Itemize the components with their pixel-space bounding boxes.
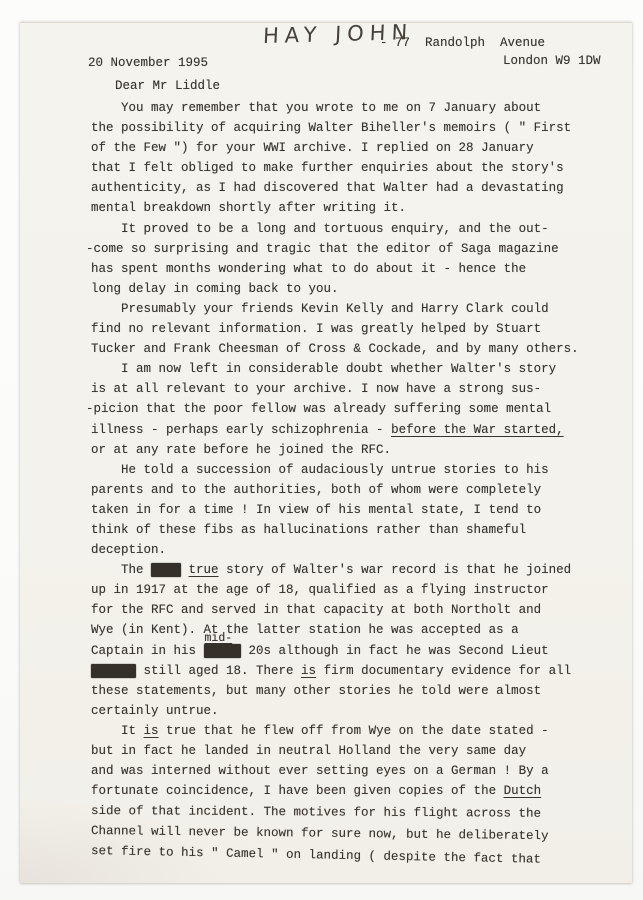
typed-text: authenticity, as I had discovered that W… — [91, 181, 564, 195]
typed-text: set fire to his " Camel " on landing ( d… — [91, 844, 541, 867]
typed-text: Presumably your friends Kevin Kelly and … — [91, 302, 549, 316]
typed-text: It — [91, 724, 144, 738]
letter-line: find no relevant information. I was grea… — [91, 319, 611, 339]
typed-text: -picion that the poor fellow was already… — [86, 402, 551, 416]
typed-text: Tucker and Frank Cheesman of Cross & Coc… — [91, 342, 579, 356]
underlined-text: is — [301, 664, 316, 678]
typed-text: that I felt obliged to make further enqu… — [91, 161, 564, 175]
typed-text: but in fact he landed in neutral Holland… — [91, 744, 526, 758]
typed-text: for the RFC and served in that capacity … — [91, 603, 541, 617]
typed-text: 20s although in fact he was Second Lieut — [241, 644, 549, 658]
letter-line: certainly untrue. — [91, 701, 611, 721]
letter-line: mental breakdown shortly after writing i… — [91, 198, 611, 218]
letter-line: that I felt obliged to make further enqu… — [91, 158, 611, 178]
typed-text: certainly untrue. — [91, 704, 219, 718]
typed-text: parents and to the authorities, both of … — [91, 483, 541, 497]
salutation: Dear Mr Liddle — [115, 79, 220, 93]
letter-line: parents and to the authorities, both of … — [91, 480, 611, 500]
letter-line: He told a succession of audaciously untr… — [91, 460, 611, 480]
typed-text: side of that incident. The motives for h… — [91, 804, 541, 821]
letter-line: Tucker and Frank Cheesman of Cross & Coc… — [91, 339, 611, 359]
letter-line: up in 1917 at the age of 18, qualified a… — [91, 580, 611, 600]
typed-text: firm documentary evidence for all — [316, 664, 571, 678]
underlined-text: is — [144, 724, 159, 738]
letter-line: Captain in his mid-xxxxx 20s although in… — [91, 641, 611, 661]
letter-line: deception. — [91, 540, 611, 560]
typed-text: -come so surprising and tragic that the … — [86, 242, 559, 256]
typed-text: is at all relevant to your archive. I no… — [91, 382, 541, 396]
letter-line: authenticity, as I had discovered that W… — [91, 178, 611, 198]
letter-line: -picion that the poor fellow was already… — [86, 399, 611, 419]
typed-text: and was interned without ever setting ey… — [91, 764, 549, 778]
letter-line: of the Few ") for your WWI archive. I re… — [91, 138, 611, 158]
typed-text: think of these fibs as hallucinations ra… — [91, 523, 526, 537]
typed-text: or at any rate before he joined the RFC. — [91, 443, 391, 457]
letter-line: xxxxxx still aged 18. There is firm docu… — [91, 661, 611, 681]
underlined-text: true — [189, 563, 219, 577]
letter-body: You may remember that you wrote to me on… — [91, 98, 611, 862]
typed-text: up in 1917 at the age of 18, qualified a… — [91, 583, 549, 597]
typed-text: the possibility of acquiring Walter Bihe… — [91, 121, 571, 135]
letter-line: fortunate coincidence, I have been given… — [91, 781, 611, 801]
letter-line: think of these fibs as hallucinations ra… — [91, 520, 611, 540]
typed-text: still aged 18. There — [136, 664, 301, 678]
sender-address-line1: - 77 Randolph Avenue — [380, 36, 545, 50]
letter-date: 20 November 1995 — [88, 56, 208, 70]
letter-line: It proved to be a long and tortuous enqu… — [91, 219, 611, 239]
letter-line: taken in for a time ! In view of his men… — [91, 500, 611, 520]
typed-text: of the Few ") for your WWI archive. I re… — [91, 141, 534, 155]
typed-text: I am now left in considerable doubt whet… — [91, 362, 556, 376]
typed-text: The — [91, 563, 151, 577]
letter-line: illness - perhaps early schizophrenia - … — [91, 420, 611, 440]
letter-line: for the RFC and served in that capacity … — [91, 600, 611, 620]
letter-line: It is true that he flew off from Wye on … — [91, 721, 611, 741]
sender-address-line2: London W9 1DW — [503, 54, 601, 68]
typed-correction: mid-xxxxx — [204, 641, 242, 661]
letter-line: the possibility of acquiring Walter Bihe… — [91, 118, 611, 138]
typed-text: has spent months wondering what to do ab… — [91, 262, 526, 276]
letter-line: has spent months wondering what to do ab… — [91, 259, 611, 279]
typed-text: long delay in coming back to you. — [91, 282, 339, 296]
typed-text: story of Walter's war record is that he … — [219, 563, 572, 577]
letter-line: or at any rate before he joined the RFC. — [91, 440, 611, 460]
typed-text: find no relevant information. I was grea… — [91, 322, 541, 336]
letter-line: The xxxx true story of Walter's war reco… — [91, 560, 611, 580]
typed-text: You may remember that you wrote to me on… — [91, 101, 541, 115]
typed-text: illness - perhaps early schizophrenia - — [91, 423, 391, 437]
typed-text: these statements, but many other stories… — [91, 684, 541, 698]
scan-background: HAY JOHN - 77 Randolph Avenue London W9 … — [0, 0, 643, 900]
typed-text: He told a succession of audaciously untr… — [91, 463, 549, 477]
typed-text: mental breakdown shortly after writing i… — [91, 201, 406, 215]
inserted-word-above: mid- — [205, 629, 233, 649]
letter-line: Wye (in Kent). At the latter station he … — [91, 620, 611, 640]
letter-line: -come so surprising and tragic that the … — [86, 239, 611, 259]
letter-line: I am now left in considerable doubt whet… — [91, 359, 611, 379]
typed-text: fortunate coincidence, I have been given… — [91, 784, 504, 798]
letter-line: You may remember that you wrote to me on… — [91, 98, 611, 118]
underlined-text: Dutch — [504, 784, 542, 798]
typed-text: taken in for a time ! In view of his men… — [91, 503, 541, 517]
typed-text: true that he flew off from Wye on the da… — [159, 724, 549, 738]
letter-line: Presumably your friends Kevin Kelly and … — [91, 299, 611, 319]
struck-out-word: xxxx — [151, 563, 181, 577]
letter-line: but in fact he landed in neutral Holland… — [91, 741, 611, 761]
letter-line: long delay in coming back to you. — [91, 279, 611, 299]
typed-text: Channel will never be known for sure now… — [91, 824, 549, 843]
letter-page: HAY JOHN - 77 Randolph Avenue London W9 … — [20, 22, 632, 883]
letter-line: is at all relevant to your archive. I no… — [91, 379, 611, 399]
typed-text — [181, 563, 189, 577]
letter-line: and was interned without ever setting ey… — [91, 761, 611, 781]
typed-text: Wye (in Kent). At the latter station he … — [91, 623, 519, 637]
struck-out-word: xxxxxx — [91, 664, 136, 678]
typed-text: deception. — [91, 543, 166, 557]
typed-text: Captain in his — [91, 644, 204, 658]
letter-line: these statements, but many other stories… — [91, 681, 611, 701]
underlined-text: before the War started, — [391, 423, 564, 437]
typed-text: It proved to be a long and tortuous enqu… — [91, 222, 549, 236]
